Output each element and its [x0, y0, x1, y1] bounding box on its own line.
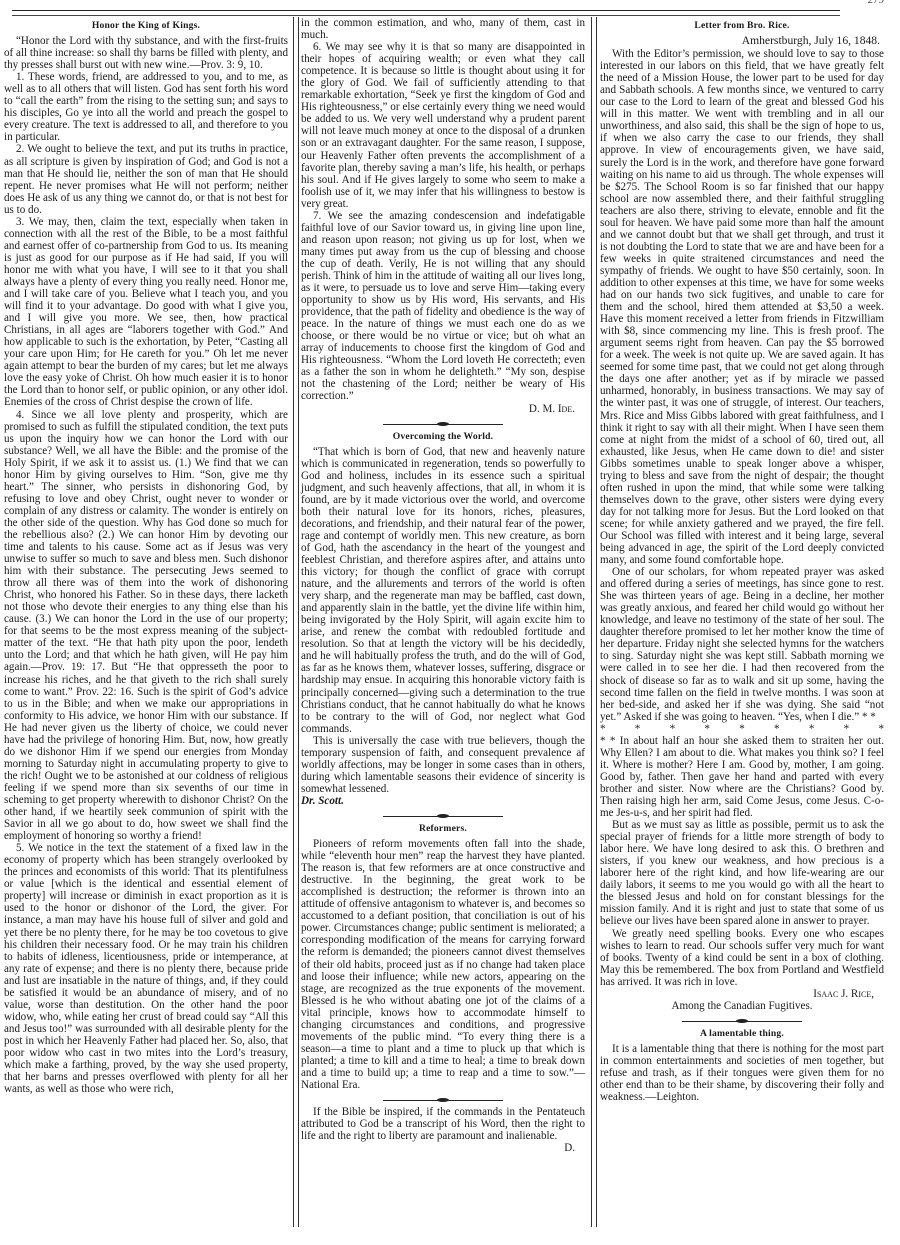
- signature: D.: [301, 1142, 575, 1154]
- article-title: A lamentable thing.: [600, 1028, 884, 1040]
- article-title: Overcoming the World.: [301, 431, 585, 443]
- column-separator: [591, 17, 597, 1227]
- paragraph: If the Bible be inspired, if the command…: [301, 1106, 585, 1142]
- section-divider: [682, 1018, 802, 1025]
- paragraph: “That which is born of God, that new and…: [301, 446, 585, 735]
- column-2: in the common estimation, and who, many …: [301, 17, 585, 1154]
- paragraph: in the common estimation, and who, many …: [301, 17, 585, 41]
- signature-affiliation: Among the Canadian Fugitives.: [600, 1000, 884, 1012]
- paragraph: It is a lamentable thing that there is n…: [600, 1043, 884, 1103]
- paragraph: 4. Since we all love plenty and prosperi…: [4, 409, 288, 843]
- paragraph: One of our scholars, for whom repeated p…: [600, 566, 884, 723]
- paragraph: 1. These words, friend, are addressed to…: [4, 71, 288, 143]
- article-title: Letter from Bro. Rice.: [600, 20, 884, 32]
- signature: Isaac J. Rice,: [600, 988, 874, 1000]
- paragraph: Pioneers of reform movements often fall …: [301, 838, 585, 1091]
- paragraph: “Honor the Lord with thy substance, and …: [4, 35, 288, 71]
- paragraph: 6. We may see why it is that so many are…: [301, 41, 585, 210]
- column-3: Letter from Bro. Rice. Amherstburgh, Jul…: [600, 17, 884, 1103]
- section-divider: [383, 421, 503, 428]
- section-divider: [383, 813, 503, 820]
- article-title: Reformers.: [301, 823, 585, 835]
- paragraph: 3. We may, then, claim the text, especia…: [4, 216, 288, 409]
- paragraph: We greatly need spelling books. Every on…: [600, 928, 884, 988]
- column-separator: [293, 17, 299, 1227]
- paragraph: 7. We see the amazing condescension and …: [301, 210, 585, 403]
- column-1: Honor the King of Kings. “Honor the Lord…: [4, 17, 288, 1095]
- page-number: 279: [868, 0, 885, 6]
- dateline: Amherstburgh, July 16, 1848.: [600, 35, 880, 47]
- signature: D. M. Ide.: [301, 403, 575, 415]
- paragraph: This is universally the case with true b…: [301, 735, 585, 795]
- paragraph: But as we must say as little as possible…: [600, 819, 884, 927]
- article-title: Honor the King of Kings.: [4, 20, 288, 32]
- paragraph: With the Editor’s permission, we should …: [600, 48, 884, 566]
- paragraph: * * In about half an hour she asked them…: [600, 735, 884, 819]
- paragraph: 2. We ought to believe the text, and put…: [4, 143, 288, 215]
- asterism-line: * * * * * * * * *: [600, 723, 884, 735]
- section-divider: [383, 1097, 503, 1104]
- signature: Dr. Scott.: [301, 795, 585, 807]
- paragraph: 5. We notice in the text the statement o…: [4, 842, 288, 1095]
- header-rule: [12, 10, 840, 16]
